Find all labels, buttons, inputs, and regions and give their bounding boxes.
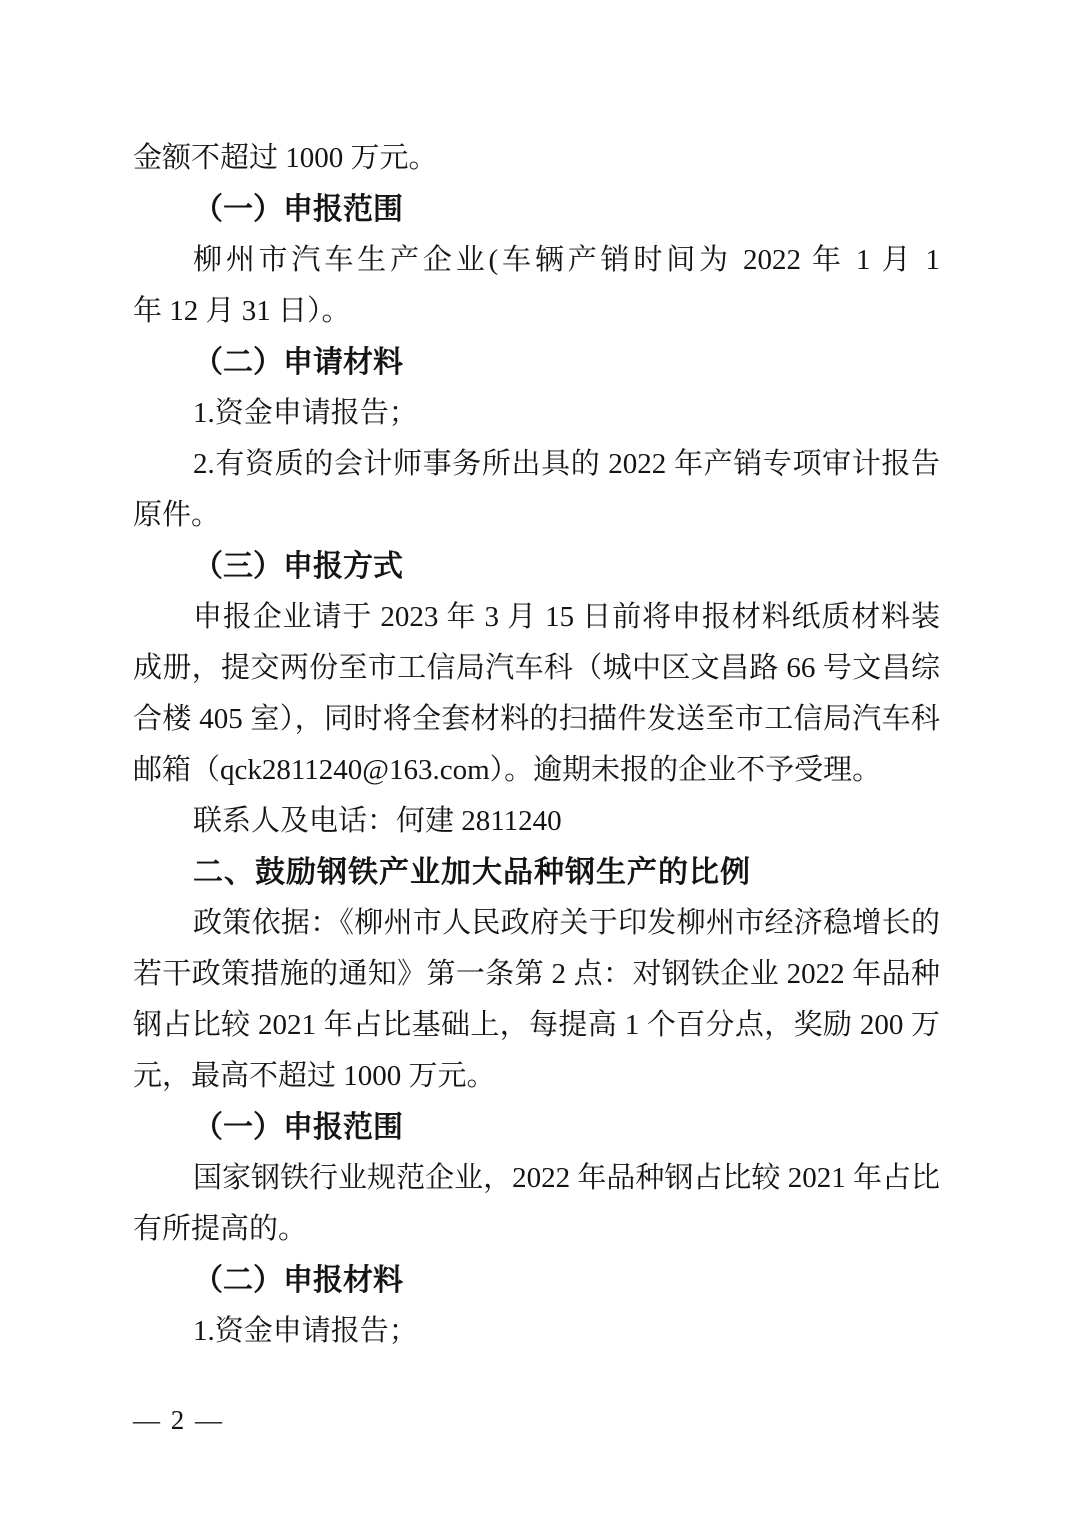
section-heading: 二、鼓励钢铁产业加大品种钢生产的比例	[133, 847, 940, 898]
subsection-heading: （三）申报方式	[133, 541, 940, 592]
body-text-line: 钢占比较 2021 年占比基础上，每提高 1 个百分点，奖励 200 万	[133, 1000, 940, 1051]
body-text-line: 年 12 月 31 日）。	[133, 286, 940, 337]
subsection-heading: （二）申报材料	[133, 1255, 940, 1306]
page-number: — 2 —	[133, 1402, 224, 1438]
body-text-line: 合楼 405 室），同时将全套材料的扫描件发送至市工信局汽车科	[133, 694, 940, 745]
body-text-line: 原件。	[133, 490, 940, 541]
subsection-heading: （一）申报范围	[133, 1102, 940, 1153]
subsection-heading: （二）申请材料	[133, 337, 940, 388]
body-text-line: 1.资金申请报告；	[133, 388, 940, 439]
body-text-line: 邮箱（qck2811240@163.com）。逾期未报的企业不予受理。	[133, 745, 940, 796]
body-text-line: 2.有资质的会计师事务所出具的 2022 年产销专项审计报告	[133, 439, 940, 490]
body-text-line: 元，最高不超过 1000 万元。	[133, 1051, 940, 1102]
body-text-line: 1.资金申请报告；	[133, 1306, 940, 1357]
body-text-line: 政策依据：《柳州市人民政府关于印发柳州市经济稳增长的	[133, 898, 940, 949]
body-text-line: 申报企业请于 2023 年 3 月 15 日前将申报材料纸质材料装订	[133, 592, 940, 643]
body-text-line: 有所提高的。	[133, 1204, 940, 1255]
document-content: 金额不超过 1000 万元。（一）申报范围柳州市汽车生产企业(车辆产销时间为 2…	[133, 133, 940, 1357]
body-text-line: 金额不超过 1000 万元。	[133, 133, 940, 184]
body-text-line: 国家钢铁行业规范企业，2022 年品种钢占比较 2021 年占比	[133, 1153, 940, 1204]
body-text-line: 联系人及电话：何建 2811240	[133, 796, 940, 847]
body-text-line: 柳州市汽车生产企业(车辆产销时间为 2022 年 1 月 1 日-2022	[133, 235, 940, 286]
document-page: 金额不超过 1000 万元。（一）申报范围柳州市汽车生产企业(车辆产销时间为 2…	[0, 0, 1074, 1520]
body-text-line: 成册，提交两份至市工信局汽车科（城中区文昌路 66 号文昌综	[133, 643, 940, 694]
subsection-heading: （一）申报范围	[133, 184, 940, 235]
body-text-line: 若干政策措施的通知》第一条第 2 点：对钢铁企业 2022 年品种	[133, 949, 940, 1000]
